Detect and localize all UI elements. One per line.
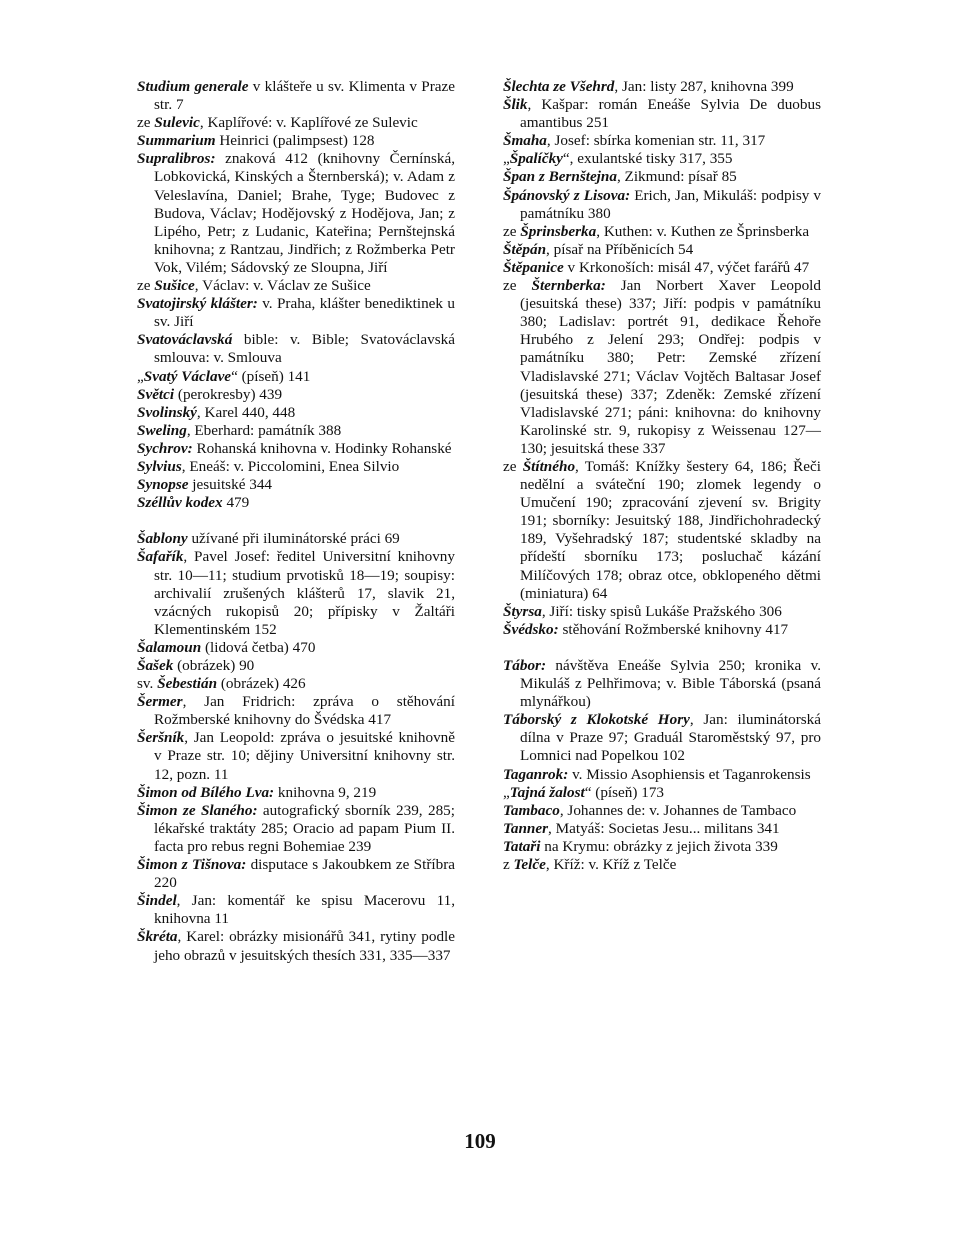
index-entry: Tanner, Matyáš: Societas Jesu... militan… bbox=[503, 820, 821, 838]
entry-prefix: ze bbox=[503, 223, 520, 240]
entry-headword: Széllův kodex bbox=[137, 494, 223, 511]
letter-group-gap bbox=[137, 512, 455, 530]
entry-headword: Šalamoun bbox=[137, 639, 201, 656]
entry-prefix: ze bbox=[137, 277, 154, 294]
entry-references: stěhování Rožmberské knihovny 417 bbox=[559, 621, 788, 638]
entry-headword: Šternberka: bbox=[532, 277, 606, 294]
index-entry: Supralibros: znaková 412 (knihovny Černí… bbox=[137, 150, 455, 277]
index-entry: ze Sulevic, Kaplířové: v. Kaplířové ze S… bbox=[137, 114, 455, 132]
entry-headword: Šprinsberka bbox=[520, 223, 596, 240]
index-entry: Švédsko: stěhování Rožmberské knihovny 4… bbox=[503, 621, 821, 639]
entry-headword: Šermer bbox=[137, 693, 183, 710]
index-entry: Špánovský z Lisova: Erich, Jan, Mikuláš:… bbox=[503, 187, 821, 223]
entry-headword: Synopse bbox=[137, 476, 188, 493]
index-entry: Škréta, Karel: obrázky misionářů 341, ry… bbox=[137, 928, 455, 964]
entry-headword: Šašek bbox=[137, 657, 173, 674]
index-entry: Šindel, Jan: komentář ke spisu Macerovu … bbox=[137, 892, 455, 928]
letter-group-gap bbox=[503, 639, 821, 657]
entry-references: , Jan: listy 287, knihovna 399 bbox=[614, 78, 793, 95]
entry-references: , Johannes de: v. Johannes de Tambaco bbox=[560, 802, 796, 819]
entry-headword: Šeršník bbox=[137, 729, 184, 746]
index-entry: Tábor: návštěva Eneáše Sylvia 250; kroni… bbox=[503, 657, 821, 711]
entry-headword: Sušice bbox=[154, 277, 195, 294]
entry-headword: Studium generale bbox=[137, 78, 248, 95]
entry-headword: Šlechta ze Všehrd bbox=[503, 78, 614, 95]
entry-headword: Sylvius bbox=[137, 458, 182, 475]
index-entry: ze Šternberka: Jan Norbert Xaver Leopold… bbox=[503, 277, 821, 458]
entry-references: , Kašpar: román Eneáše Sylvia De duobus … bbox=[520, 96, 821, 131]
entry-headword: Supralibros: bbox=[137, 150, 216, 167]
index-entry: Šeršník, Jan Leopold: zpráva o jesuitské… bbox=[137, 729, 455, 783]
index-column-right: Šlechta ze Všehrd, Jan: listy 287, kniho… bbox=[503, 78, 821, 874]
entry-references: , Kaplířové: v. Kaplířové ze Sulevic bbox=[200, 114, 418, 131]
entry-headword: Taganrok: bbox=[503, 766, 568, 783]
entry-references: “, exulantské tisky 317, 355 bbox=[563, 150, 733, 167]
index-entry: Štyrsa, Jiří: tisky spisů Lukáše Pražské… bbox=[503, 603, 821, 621]
entry-headword: Škréta bbox=[137, 928, 178, 945]
index-entry: Széllův kodex 479 bbox=[137, 494, 455, 512]
index-entry: Šmaha, Josef: sbírka komenian str. 11, 3… bbox=[503, 132, 821, 150]
entry-headword: Světci bbox=[137, 386, 174, 403]
index-entry: „Špalíčky“, exulantské tisky 317, 355 bbox=[503, 150, 821, 168]
entry-headword: Tanner bbox=[503, 820, 548, 837]
index-entry: Svatojirský klášter: v. Praha, klášter b… bbox=[137, 295, 455, 331]
index-entry: ze Sušice, Václav: v. Václav ze Sušice bbox=[137, 277, 455, 295]
index-entry: Tataři na Krymu: obrázky z jejich života… bbox=[503, 838, 821, 856]
page-number: 109 bbox=[0, 1129, 960, 1154]
entry-prefix: z bbox=[503, 856, 514, 873]
entry-references: , Jan Leopold: zpráva o jesuitské knihov… bbox=[154, 729, 455, 782]
index-entry: Svatováclavská bible: v. Bible; Svatovác… bbox=[137, 331, 455, 367]
entry-references: , Jiří: tisky spisů Lukáše Pražského 306 bbox=[542, 603, 782, 620]
entry-headword: Šafařík bbox=[137, 548, 183, 565]
index-entry: Sylvius, Eneáš: v. Piccolomini, Enea Sil… bbox=[137, 458, 455, 476]
entry-references: Jan Norbert Xaver Leopold (jesuitská the… bbox=[520, 277, 821, 457]
entry-headword: Štěpanice bbox=[503, 259, 564, 276]
entry-references: , Karel: obrázky misionářů 341, rytiny p… bbox=[154, 928, 455, 963]
entry-references: Heinrici (palimpsest) 128 bbox=[216, 132, 375, 149]
entry-references: v Krkonoších: misál 47, výčet farářů 47 bbox=[564, 259, 809, 276]
index-entry: ze Šprinsberka, Kuthen: v. Kuthen ze Špr… bbox=[503, 223, 821, 241]
entry-references: , Jan: komentář ke spisu Macerovu 11, kn… bbox=[154, 892, 455, 927]
index-entry: Šlechta ze Všehrd, Jan: listy 287, kniho… bbox=[503, 78, 821, 96]
entry-headword: Táborský z Klokotské Hory bbox=[503, 711, 690, 728]
entry-references: knihovna 9, 219 bbox=[274, 784, 376, 801]
entry-references: na Krymu: obrázky z jejich života 339 bbox=[540, 838, 777, 855]
index-column-left: Studium generale v klášteře u sv. Klimen… bbox=[137, 78, 455, 965]
entry-prefix: ze bbox=[503, 458, 523, 475]
entry-references: , Matyáš: Societas Jesu... militans 341 bbox=[548, 820, 780, 837]
entry-references: (lidová četba) 470 bbox=[201, 639, 315, 656]
entry-references: jesuitské 344 bbox=[188, 476, 272, 493]
entry-references: “ (píseň) 173 bbox=[585, 784, 664, 801]
entry-headword: Summarium bbox=[137, 132, 216, 149]
index-entry: Šlik, Kašpar: román Eneáše Sylvia De duo… bbox=[503, 96, 821, 132]
entry-headword: Svatováclavská bbox=[137, 331, 232, 348]
index-entry: Taganrok: v. Missio Asophiensis et Tagan… bbox=[503, 766, 821, 784]
index-entry: Sychrov: Rohanská knihovna v. Hodinky Ro… bbox=[137, 440, 455, 458]
entry-prefix: sv. bbox=[137, 675, 157, 692]
entry-references: užívané při iluminátorské práci 69 bbox=[188, 530, 400, 547]
entry-headword: Sulevic bbox=[154, 114, 200, 131]
entry-references: 479 bbox=[223, 494, 250, 511]
entry-prefix: „ bbox=[137, 368, 144, 385]
index-entry: „Svatý Václave“ (píseň) 141 bbox=[137, 368, 455, 386]
entry-references: , písař na Příběnicích 54 bbox=[546, 241, 693, 258]
entry-references: , Pavel Josef: ředitel Universitní kniho… bbox=[154, 548, 455, 637]
entry-headword: Šimon ze Slaného: bbox=[137, 802, 258, 819]
index-entry: Světci (perokresby) 439 bbox=[137, 386, 455, 404]
entry-headword: Šablony bbox=[137, 530, 188, 547]
index-entry: Šimon od Bílého Lva: knihovna 9, 219 bbox=[137, 784, 455, 802]
index-entry: Štěpán, písař na Příběnicích 54 bbox=[503, 241, 821, 259]
index-entry: sv. Šebestián (obrázek) 426 bbox=[137, 675, 455, 693]
index-entry: Šimon ze Slaného: autografický sborník 2… bbox=[137, 802, 455, 856]
index-entry: Šermer, Jan Fridrich: zpráva o stěhování… bbox=[137, 693, 455, 729]
entry-headword: Svatý Václave bbox=[144, 368, 231, 385]
entry-references: návštěva Eneáše Sylvia 250; kronika v. M… bbox=[520, 657, 821, 710]
entry-headword: Telče bbox=[514, 856, 546, 873]
entry-references: , Eberhard: památník 388 bbox=[187, 422, 341, 439]
entry-headword: Tábor: bbox=[503, 657, 546, 674]
index-entry: Štěpanice v Krkonoších: misál 47, výčet … bbox=[503, 259, 821, 277]
index-entry: z Telče, Kříž: v. Kříž z Telče bbox=[503, 856, 821, 874]
entry-headword: Špánovský z Lisova: bbox=[503, 187, 630, 204]
entry-references: (perokresby) 439 bbox=[174, 386, 282, 403]
index-entry: Šalamoun (lidová četba) 470 bbox=[137, 639, 455, 657]
entry-references: , Zikmund: písař 85 bbox=[617, 168, 737, 185]
entry-references: , Jan Fridrich: zpráva o stěhování Rožmb… bbox=[154, 693, 455, 728]
entry-headword: Špalíčky bbox=[510, 150, 563, 167]
entry-headword: Štěpán bbox=[503, 241, 546, 258]
index-entry: Sweling, Eberhard: památník 388 bbox=[137, 422, 455, 440]
index-page: Studium generale v klášteře u sv. Klimen… bbox=[0, 0, 960, 1233]
index-entry: Synopse jesuitské 344 bbox=[137, 476, 455, 494]
entry-references: , Eneáš: v. Piccolomini, Enea Silvio bbox=[182, 458, 400, 475]
entry-prefix: ze bbox=[503, 277, 532, 294]
entry-headword: Šimon od Bílého Lva: bbox=[137, 784, 274, 801]
entry-references: Rohanská knihovna v. Hodinky Rohanské bbox=[193, 440, 452, 457]
entry-headword: Sychrov: bbox=[137, 440, 193, 457]
entry-headword: Tajná žalost bbox=[510, 784, 585, 801]
index-entry: Špan z Bernštejna, Zikmund: písař 85 bbox=[503, 168, 821, 186]
index-entry: Svolinský, Karel 440, 448 bbox=[137, 404, 455, 422]
entry-headword: Šimon z Tišnova: bbox=[137, 856, 246, 873]
index-entry: Šafařík, Pavel Josef: ředitel Universitn… bbox=[137, 548, 455, 638]
entry-prefix: „ bbox=[503, 784, 510, 801]
entry-references: znaková 412 (knihovny Černínská, Lobkovi… bbox=[154, 150, 455, 276]
entry-headword: Štítného bbox=[523, 458, 575, 475]
index-entry: Summarium Heinrici (palimpsest) 128 bbox=[137, 132, 455, 150]
entry-references: , Václav: v. Václav ze Sušice bbox=[195, 277, 371, 294]
index-entry: „Tajná žalost“ (píseň) 173 bbox=[503, 784, 821, 802]
entry-references: , Kříž: v. Kříž z Telče bbox=[546, 856, 677, 873]
entry-headword: Šlik bbox=[503, 96, 527, 113]
entry-references: (obrázek) 426 bbox=[217, 675, 306, 692]
index-entry: Táborský z Klokotské Hory, Jan: iluminát… bbox=[503, 711, 821, 765]
entry-headword: Švédsko: bbox=[503, 621, 559, 638]
entry-references: (obrázek) 90 bbox=[173, 657, 254, 674]
entry-headword: Svatojirský klášter: bbox=[137, 295, 258, 312]
entry-references: v. Missio Asophiensis et Taganrokensis bbox=[568, 766, 810, 783]
entry-headword: Sweling bbox=[137, 422, 187, 439]
entry-references: “ (píseň) 141 bbox=[231, 368, 310, 385]
index-entry: Tambaco, Johannes de: v. Johannes de Tam… bbox=[503, 802, 821, 820]
entry-headword: Svolinský bbox=[137, 404, 197, 421]
entry-headword: Tataři bbox=[503, 838, 540, 855]
index-entry: Šašek (obrázek) 90 bbox=[137, 657, 455, 675]
index-entry: Studium generale v klášteře u sv. Klimen… bbox=[137, 78, 455, 114]
entry-prefix: ze bbox=[137, 114, 154, 131]
entry-headword: Tambaco bbox=[503, 802, 560, 819]
index-entry: Šimon z Tišnova: disputace s Jakoubkem z… bbox=[137, 856, 455, 892]
entry-references: , Tomáš: Knížky šestery 64, 186; Řeči ne… bbox=[520, 458, 821, 602]
entry-headword: Šindel bbox=[137, 892, 177, 909]
entry-headword: Štyrsa bbox=[503, 603, 542, 620]
index-entry: ze Štítného, Tomáš: Knížky šestery 64, 1… bbox=[503, 458, 821, 603]
entry-references: , Josef: sbírka komenian str. 11, 317 bbox=[547, 132, 765, 149]
entry-headword: Šebestián bbox=[157, 675, 217, 692]
entry-headword: Šmaha bbox=[503, 132, 547, 149]
entry-headword: Špan z Bernštejna bbox=[503, 168, 617, 185]
entry-prefix: „ bbox=[503, 150, 510, 167]
index-entry: Šablony užívané při iluminátorské práci … bbox=[137, 530, 455, 548]
entry-references: , Karel 440, 448 bbox=[197, 404, 295, 421]
entry-references: , Kuthen: v. Kuthen ze Šprinsberka bbox=[596, 223, 809, 240]
